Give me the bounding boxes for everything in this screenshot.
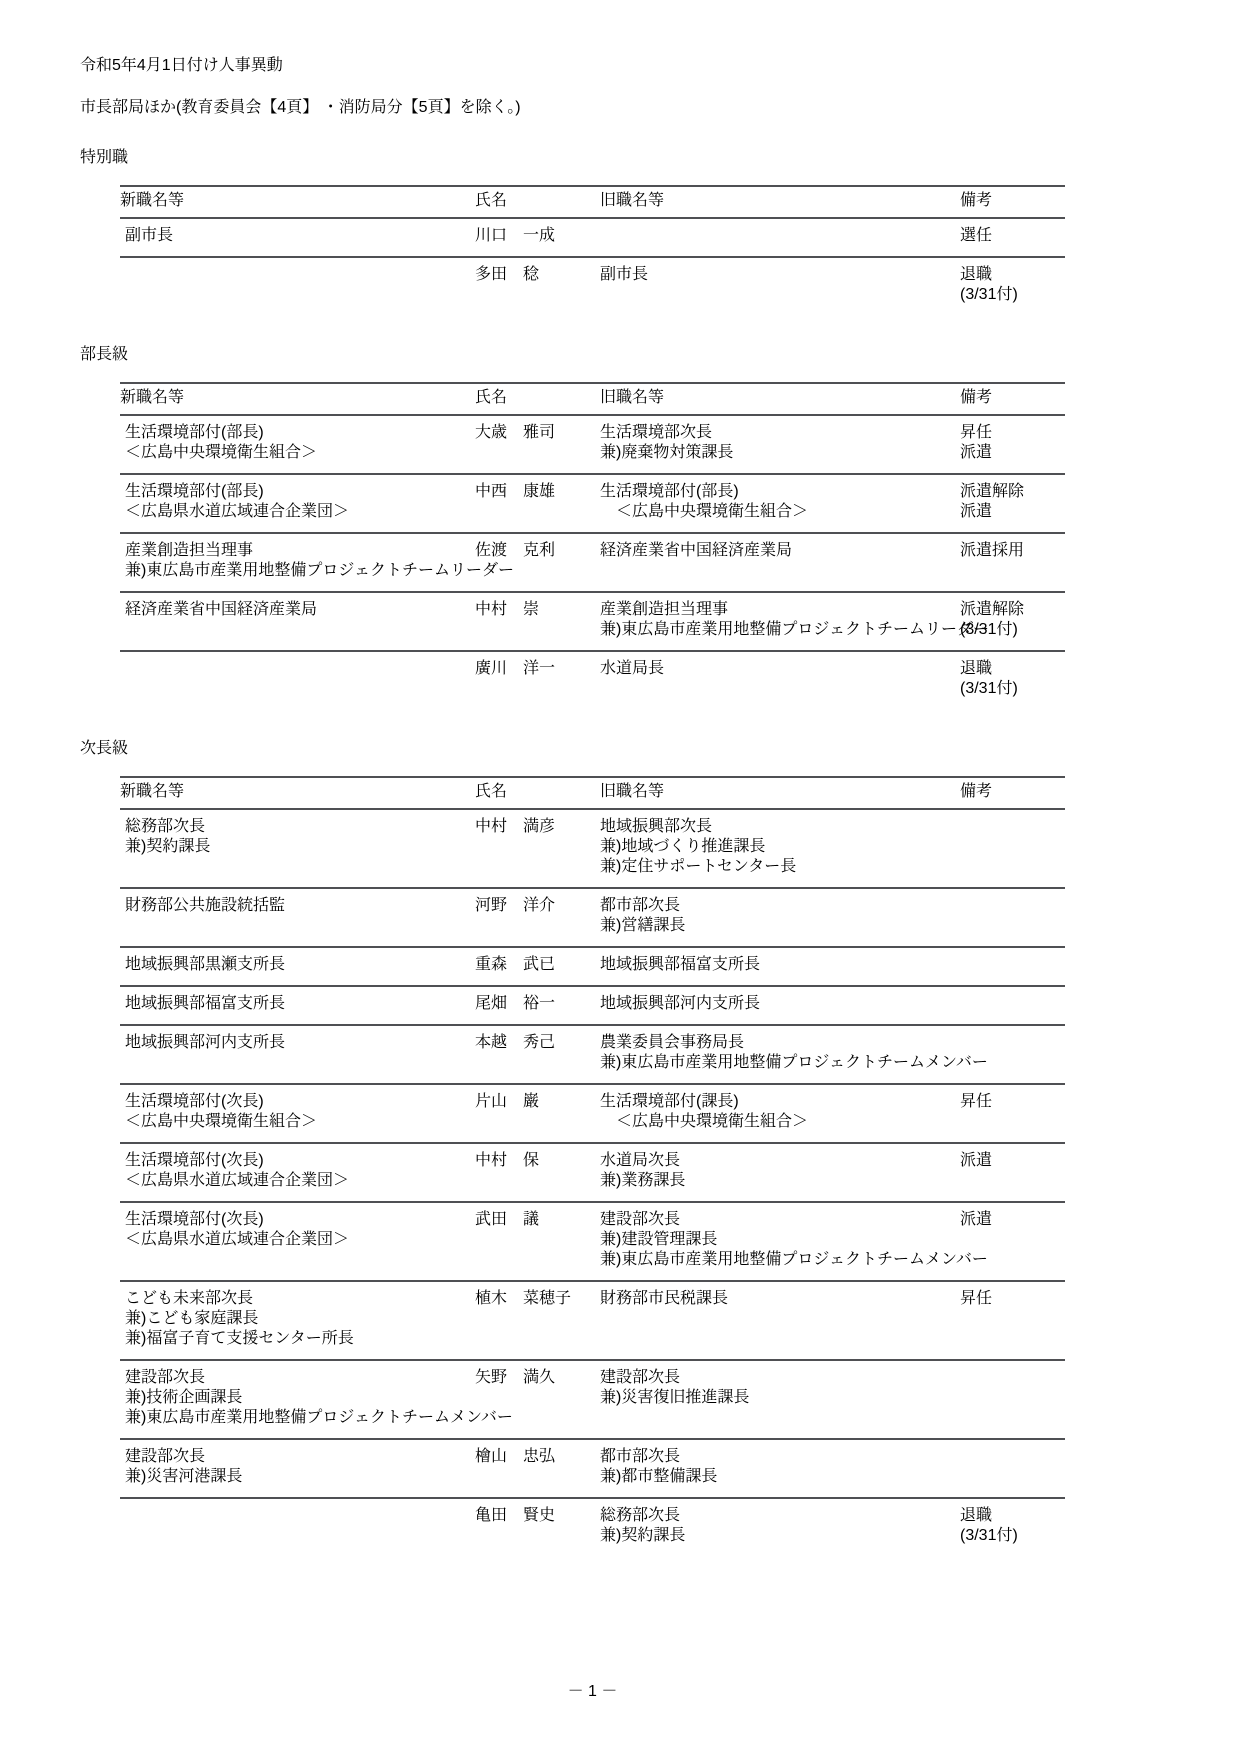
table-row: 総務部次長 兼)契約課長中村 満彦地域振興部次長 兼)地域づくり推進課長 兼)定… <box>120 808 1065 887</box>
column-header: 新職名等 <box>120 187 475 217</box>
cell-note: 昇任 <box>960 1282 1060 1359</box>
cell-new-post: 副市長 <box>120 219 475 256</box>
cell-name: 川口 一成 <box>475 219 600 256</box>
cell-note: 派遣 <box>960 1144 1060 1201</box>
table-row: 生活環境部付(部長) ＜広島県水道広域連合企業団＞中西 康雄生活環境部付(部長)… <box>120 473 1065 532</box>
column-header: 備考 <box>960 187 1060 217</box>
cell-new-post: 財務部公共施設統括監 <box>120 889 475 946</box>
document-title: 令和5年4月1日付け人事異動 <box>80 56 1240 76</box>
table-row: 生活環境部付(次長) ＜広島県水道広域連合企業団＞中村 保水道局次長 兼)業務課… <box>120 1142 1065 1201</box>
cell-old-post: 建設部次長 兼)建設管理課長 兼)東広島市産業用地整備プロジェクトチームメンバー <box>600 1203 960 1280</box>
section: 次長級新職名等氏名旧職名等備考総務部次長 兼)契約課長中村 満彦地域振興部次長 … <box>80 739 1240 1556</box>
table-row: 副市長川口 一成選任 <box>120 217 1065 256</box>
cell-old-post: 建設部次長 兼)災害復旧推進課長 <box>600 1361 960 1438</box>
document-page: 令和5年4月1日付け人事異動 市長部局ほか(教育委員会【4頁】 ・消防局分【5頁… <box>0 0 1240 1754</box>
cell-old-post: 財務部市民税課長 <box>600 1282 960 1359</box>
cell-old-post: 都市部次長 兼)営繕課長 <box>600 889 960 946</box>
cell-old-post: 地域振興部福富支所長 <box>600 948 960 985</box>
cell-old-post: 地域振興部河内支所長 <box>600 987 960 1024</box>
table-row: 生活環境部付(部長) ＜広島中央環境衛生組合＞大歳 雅司生活環境部次長 兼)廃棄… <box>120 414 1065 473</box>
cell-note: 派遣 <box>960 1203 1060 1280</box>
cell-new-post: 産業創造担当理事 兼)東広島市産業用地整備プロジェクトチームリーダー <box>120 534 475 591</box>
cell-old-post: 生活環境部次長 兼)廃棄物対策課長 <box>600 416 960 473</box>
section-heading: 特別職 <box>80 148 1240 168</box>
column-header: 新職名等 <box>120 778 475 808</box>
table-row: 多田 稔副市長退職 (3/31付) <box>120 256 1065 315</box>
cell-name: 亀田 賢史 <box>475 1499 600 1556</box>
cell-old-post <box>600 219 960 256</box>
sections-container: 特別職新職名等氏名旧職名等備考副市長川口 一成選任多田 稔副市長退職 (3/31… <box>80 148 1240 1556</box>
section: 部長級新職名等氏名旧職名等備考生活環境部付(部長) ＜広島中央環境衛生組合＞大歳… <box>80 345 1240 709</box>
column-header: 氏名 <box>475 778 600 808</box>
cell-new-post: こども未来部次長 兼)こども家庭課長 兼)福富子育て支援センター所長 <box>120 1282 475 1359</box>
cell-note: 退職 (3/31付) <box>960 652 1060 709</box>
cell-name: 廣川 洋一 <box>475 652 600 709</box>
column-header: 氏名 <box>475 187 600 217</box>
cell-note: 派遣解除 派遣 <box>960 475 1060 532</box>
table-row: 建設部次長 兼)技術企画課長 兼)東広島市産業用地整備プロジェクトチームメンバー… <box>120 1359 1065 1438</box>
cell-old-post: 水道局長 <box>600 652 960 709</box>
cell-old-post: 総務部次長 兼)契約課長 <box>600 1499 960 1556</box>
table-header-row: 新職名等氏名旧職名等備考 <box>120 185 1065 217</box>
cell-new-post: 地域振興部福富支所長 <box>120 987 475 1024</box>
cell-new-post: 地域振興部黒瀬支所長 <box>120 948 475 985</box>
cell-new-post <box>120 652 475 709</box>
cell-new-post <box>120 1499 475 1556</box>
cell-note <box>960 1026 1060 1083</box>
cell-name: 大歳 雅司 <box>475 416 600 473</box>
cell-new-post: 生活環境部付(次長) ＜広島県水道広域連合企業団＞ <box>120 1144 475 1201</box>
cell-note <box>960 1440 1060 1497</box>
cell-old-post: 農業委員会事務局長 兼)東広島市産業用地整備プロジェクトチームメンバー <box>600 1026 960 1083</box>
table-row: 地域振興部河内支所長本越 秀己農業委員会事務局長 兼)東広島市産業用地整備プロジ… <box>120 1024 1065 1083</box>
personnel-table: 新職名等氏名旧職名等備考生活環境部付(部長) ＜広島中央環境衛生組合＞大歳 雅司… <box>120 382 1065 709</box>
table-row: こども未来部次長 兼)こども家庭課長 兼)福富子育て支援センター所長植木 菜穂子… <box>120 1280 1065 1359</box>
cell-note: 退職 (3/31付) <box>960 258 1060 315</box>
cell-new-post: 生活環境部付(次長) ＜広島中央環境衛生組合＞ <box>120 1085 475 1142</box>
cell-name: 武田 議 <box>475 1203 600 1280</box>
table-row: 経済産業省中国経済産業局中村 崇産業創造担当理事 兼)東広島市産業用地整備プロジ… <box>120 591 1065 650</box>
cell-name: 本越 秀己 <box>475 1026 600 1083</box>
cell-new-post: 総務部次長 兼)契約課長 <box>120 810 475 887</box>
cell-new-post: 地域振興部河内支所長 <box>120 1026 475 1083</box>
personnel-table: 新職名等氏名旧職名等備考総務部次長 兼)契約課長中村 満彦地域振興部次長 兼)地… <box>120 776 1065 1556</box>
column-header: 旧職名等 <box>600 187 960 217</box>
table-row: 建設部次長 兼)災害河港課長檜山 忠弘都市部次長 兼)都市整備課長 <box>120 1438 1065 1497</box>
cell-old-post: 地域振興部次長 兼)地域づくり推進課長 兼)定住サポートセンター長 <box>600 810 960 887</box>
cell-note <box>960 987 1060 1024</box>
cell-new-post: 経済産業省中国経済産業局 <box>120 593 475 650</box>
cell-note: 昇任 派遣 <box>960 416 1060 473</box>
cell-name: 尾畑 裕一 <box>475 987 600 1024</box>
cell-name: 中村 崇 <box>475 593 600 650</box>
table-row: 財務部公共施設統括監河野 洋介都市部次長 兼)営繕課長 <box>120 887 1065 946</box>
column-header: 氏名 <box>475 384 600 414</box>
table-row: 生活環境部付(次長) ＜広島中央環境衛生組合＞片山 巌生活環境部付(課長) ＜広… <box>120 1083 1065 1142</box>
table-row: 産業創造担当理事 兼)東広島市産業用地整備プロジェクトチームリーダー佐渡 克利経… <box>120 532 1065 591</box>
cell-name: 矢野 満久 <box>475 1361 600 1438</box>
cell-old-post: 生活環境部付(部長) ＜広島中央環境衛生組合＞ <box>600 475 960 532</box>
cell-name: 中村 満彦 <box>475 810 600 887</box>
page-number: － 1 － <box>120 1682 1065 1702</box>
section-heading: 次長級 <box>80 739 1240 759</box>
cell-name: 檜山 忠弘 <box>475 1440 600 1497</box>
cell-note: 退職 (3/31付) <box>960 1499 1060 1556</box>
personnel-table: 新職名等氏名旧職名等備考副市長川口 一成選任多田 稔副市長退職 (3/31付) <box>120 185 1065 315</box>
column-header: 備考 <box>960 778 1060 808</box>
cell-old-post: 産業創造担当理事 兼)東広島市産業用地整備プロジェクトチームリーダー <box>600 593 960 650</box>
cell-old-post: 生活環境部付(課長) ＜広島中央環境衛生組合＞ <box>600 1085 960 1142</box>
cell-old-post: 水道局次長 兼)業務課長 <box>600 1144 960 1201</box>
cell-old-post: 副市長 <box>600 258 960 315</box>
cell-new-post: 建設部次長 兼)技術企画課長 兼)東広島市産業用地整備プロジェクトチームメンバー <box>120 1361 475 1438</box>
table-header-row: 新職名等氏名旧職名等備考 <box>120 382 1065 414</box>
cell-old-post: 経済産業省中国経済産業局 <box>600 534 960 591</box>
table-row: 地域振興部黒瀬支所長重森 武已地域振興部福富支所長 <box>120 946 1065 985</box>
cell-name: 多田 稔 <box>475 258 600 315</box>
cell-note: 昇任 <box>960 1085 1060 1142</box>
cell-name: 河野 洋介 <box>475 889 600 946</box>
section-heading: 部長級 <box>80 345 1240 365</box>
cell-name: 中西 康雄 <box>475 475 600 532</box>
cell-note: 派遣採用 <box>960 534 1060 591</box>
cell-note <box>960 948 1060 985</box>
cell-name: 重森 武已 <box>475 948 600 985</box>
cell-name: 片山 巌 <box>475 1085 600 1142</box>
cell-note <box>960 1361 1060 1438</box>
cell-old-post: 都市部次長 兼)都市整備課長 <box>600 1440 960 1497</box>
cell-name: 植木 菜穂子 <box>475 1282 600 1359</box>
cell-note: 派遣解除 (3/31付) <box>960 593 1060 650</box>
column-header: 旧職名等 <box>600 778 960 808</box>
cell-name: 佐渡 克利 <box>475 534 600 591</box>
table-row: 地域振興部福富支所長尾畑 裕一地域振興部河内支所長 <box>120 985 1065 1024</box>
table-row: 亀田 賢史総務部次長 兼)契約課長退職 (3/31付) <box>120 1497 1065 1556</box>
cell-name: 中村 保 <box>475 1144 600 1201</box>
column-header: 旧職名等 <box>600 384 960 414</box>
document-subtitle: 市長部局ほか(教育委員会【4頁】 ・消防局分【5頁】を除く。) <box>80 98 1240 118</box>
column-header: 備考 <box>960 384 1060 414</box>
cell-note: 選任 <box>960 219 1060 256</box>
table-row: 生活環境部付(次長) ＜広島県水道広域連合企業団＞武田 議建設部次長 兼)建設管… <box>120 1201 1065 1280</box>
cell-new-post <box>120 258 475 315</box>
cell-new-post: 建設部次長 兼)災害河港課長 <box>120 1440 475 1497</box>
cell-note <box>960 810 1060 887</box>
cell-new-post: 生活環境部付(部長) ＜広島中央環境衛生組合＞ <box>120 416 475 473</box>
table-header-row: 新職名等氏名旧職名等備考 <box>120 776 1065 808</box>
cell-note <box>960 889 1060 946</box>
table-row: 廣川 洋一水道局長退職 (3/31付) <box>120 650 1065 709</box>
column-header: 新職名等 <box>120 384 475 414</box>
cell-new-post: 生活環境部付(部長) ＜広島県水道広域連合企業団＞ <box>120 475 475 532</box>
cell-new-post: 生活環境部付(次長) ＜広島県水道広域連合企業団＞ <box>120 1203 475 1280</box>
section: 特別職新職名等氏名旧職名等備考副市長川口 一成選任多田 稔副市長退職 (3/31… <box>80 148 1240 315</box>
